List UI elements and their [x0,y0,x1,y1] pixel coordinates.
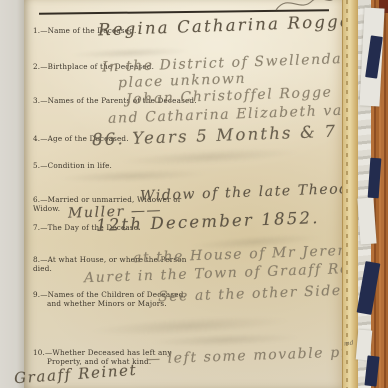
field-5-label: 5.—Condition in life. [33,162,203,171]
backing-page [0,0,24,388]
scanned-death-notice-photo: { "doc": { "kind": "Handwritten death no… [0,0,388,388]
signature-flourish [272,0,336,13]
page-edge-curl [342,0,358,388]
page-edge-stitch-marks [346,0,348,388]
loose-paper-piece [357,197,376,244]
edge-scribble: md [344,339,354,347]
